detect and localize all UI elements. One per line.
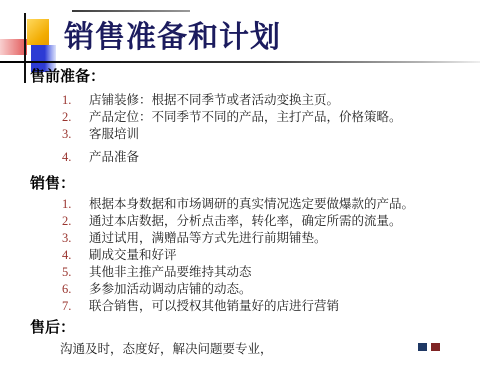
item-text: 通过本店数据，分析点击率，转化率，确定所需的流量。 [89,213,402,230]
item-text: 多参加活动调动店铺的动态。 [89,281,252,298]
item-number: 3. [62,126,89,143]
section-list: 沟通及时，态度好，解决问题要专业， [30,341,484,358]
slide: 销售准备和计划 售前准备：1.店铺装修：根据不同季节或者活动变换主页。2.产品定… [0,0,500,375]
list-item: 2.产品定位：不同季节不同的产品，主打产品，价格策略。 [30,109,484,126]
item-text: 产品准备 [89,149,139,166]
section-heading: 售后： [30,319,484,338]
section: 售前准备：1.店铺装修：根据不同季节或者活动变换主页。2.产品定位：不同季节不同… [30,68,484,166]
list-item: 1.店铺装修：根据不同季节或者活动变换主页。 [30,92,484,109]
item-number: 4. [62,149,89,166]
item-number: 5. [62,264,89,281]
crosshair-vertical-line [24,13,26,83]
item-number: 1. [62,92,89,109]
item-text: 根据本身数据和市场调研的真实情况选定要做爆款的产品。 [89,196,414,213]
accent-yellow-square [27,19,49,45]
item-text: 客服培训 [89,126,139,143]
section-heading: 售前准备： [30,68,484,87]
list-item: 4.刷成交量和好评 [30,247,484,264]
item-text: 刷成交量和好评 [89,247,177,264]
slide-body: 售前准备：1.店铺装修：根据不同季节或者活动变换主页。2.产品定位：不同季节不同… [30,68,484,358]
item-text: 通过试用，满赠品等方式先进行前期铺垫。 [89,230,327,247]
navy-square-icon [418,343,427,351]
list-item: 3.通过试用，满赠品等方式先进行前期铺垫。 [30,230,484,247]
list-item: 7.联合销售，可以授权其他销量好的店进行营销 [30,298,484,315]
item-number: 7. [62,298,89,315]
item-text: 产品定位：不同季节不同的产品，主打产品，价格策略。 [89,109,402,126]
list-item: 沟通及时，态度好，解决问题要专业， [30,341,484,358]
item-number: 4. [62,247,89,264]
slide-title: 销售准备和计划 [64,12,281,56]
accent-red-bar [0,39,27,55]
list-item: 4.产品准备 [30,149,484,166]
item-number: 6. [62,281,89,298]
section-list: 1.店铺装修：根据不同季节或者活动变换主页。2.产品定位：不同季节不同的产品，主… [30,92,484,166]
item-text: 沟通及时，态度好，解决问题要专业， [60,341,273,358]
item-number: 2. [62,109,89,126]
item-text: 其他非主推产品要维持其动态 [89,264,252,281]
section-heading: 销售： [30,175,484,194]
footer-bullets [418,343,440,351]
section: 销售：1.根据本身数据和市场调研的真实情况选定要做爆款的产品。2.通过本店数据，… [30,175,484,315]
section-list: 1.根据本身数据和市场调研的真实情况选定要做爆款的产品。2.通过本店数据，分析点… [30,196,484,315]
item-text: 联合销售，可以授权其他销量好的店进行营销 [89,298,339,315]
list-item: 5.其他非主推产品要维持其动态 [30,264,484,281]
list-item: 3.客服培训 [30,126,484,143]
list-item: 2.通过本店数据，分析点击率，转化率，确定所需的流量。 [30,213,484,230]
item-text: 店铺装修：根据不同季节或者活动变换主页。 [89,92,339,109]
maroon-square-icon [431,343,440,351]
list-item: 1.根据本身数据和市场调研的真实情况选定要做爆款的产品。 [30,196,484,213]
title-underline-rule [0,61,480,63]
item-number: 3. [62,230,89,247]
item-number: 1. [62,196,89,213]
section: 售后：沟通及时，态度好，解决问题要专业， [30,319,484,358]
list-item: 6.多参加活动调动店铺的动态。 [30,281,484,298]
item-number: 2. [62,213,89,230]
